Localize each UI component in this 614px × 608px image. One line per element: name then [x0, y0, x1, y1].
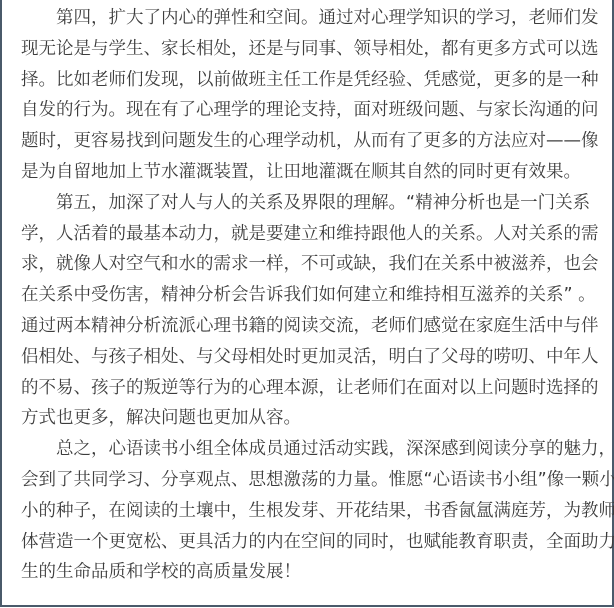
text-line: 体营造一个更宽松、更具活力的内在空间的同时，也赋能教育职责，全面助力师 [21, 527, 597, 558]
text-line: 生的生命品质和学校的高质量发展！ [21, 557, 597, 588]
article-frame: 第四，扩大了内心的弹性和空间。通过对心理学知识的学习，老师们发 现无论是与学生、… [0, 0, 614, 607]
text-line: 现无论是与学生、家长相处，还是与同事、领导相处，都有更多方式可以选 [21, 34, 597, 65]
article-body: 第四，扩大了内心的弹性和空间。通过对心理学知识的学习，老师们发 现无论是与学生、… [21, 3, 597, 588]
text-line: 总之，心语读书小组全体成员通过活动实践，深深感到阅读分享的魅力，体 [21, 434, 597, 465]
text-line: 会到了共同学习、分享观点、思想激荡的力量。惟愿“心语读书小组”像一颗小 [21, 465, 597, 496]
text-line: 方式也更多，解决问题也更加从容。 [21, 403, 597, 434]
text-line: 自发的行为。现在有了心理学的理论支持，面对班级问题、与家长沟通的问 [21, 95, 597, 126]
text-line: 在关系中受伤害，精神分析会告诉我们如何建立和维持相互滋养的关系” 。 [21, 280, 597, 311]
paragraph-fifth-point: 第五，加深了对人与人的关系及界限的理解。“精神分析也是一门关系 学，人活着的最基… [21, 188, 597, 434]
text-line: 通过两本精神分析流派心理书籍的阅读交流，老师们感觉在家庭生活中与伴 [21, 311, 597, 342]
text-line: 第五，加深了对人与人的关系及界限的理解。“精神分析也是一门关系 [21, 188, 597, 219]
text-line: 是为自留地加上节水灌溉装置，让田地灌溉在顺其自然的同时更有效果。 [21, 157, 597, 188]
text-line: 的不易、孩子的叛逆等行为的心理本源，让老师们在面对以上问题时选择的 [21, 373, 597, 404]
text-line: 侣相处、与孩子相处、与父母相处时更加灵活，明白了父母的唠叨、中年人 [21, 342, 597, 373]
text-line: 题时，更容易找到问题发生的心理学动机，从而有了更多的方法应对——像 [21, 126, 597, 157]
paragraph-fourth-point: 第四，扩大了内心的弹性和空间。通过对心理学知识的学习，老师们发 现无论是与学生、… [21, 3, 597, 188]
text-line: 求，就像人对空气和水的需求一样，不可或缺，我们在关系中被滋养，也会 [21, 249, 597, 280]
paragraph-summary: 总之，心语读书小组全体成员通过活动实践，深深感到阅读分享的魅力，体 会到了共同学… [21, 434, 597, 588]
text-line: 小的种子，在阅读的土壤中，生根发芽、开花结果，书香氤氲满庭芳，为教师自 [21, 496, 597, 527]
text-line: 第四，扩大了内心的弹性和空间。通过对心理学知识的学习，老师们发 [21, 3, 597, 34]
text-line: 学，人活着的最基本动力，就是要建立和维持跟他人的关系。人对关系的需 [21, 219, 597, 250]
text-line: 择。比如老师们发现，以前做班主任工作是凭经验、凭感觉，更多的是一种 [21, 65, 597, 96]
